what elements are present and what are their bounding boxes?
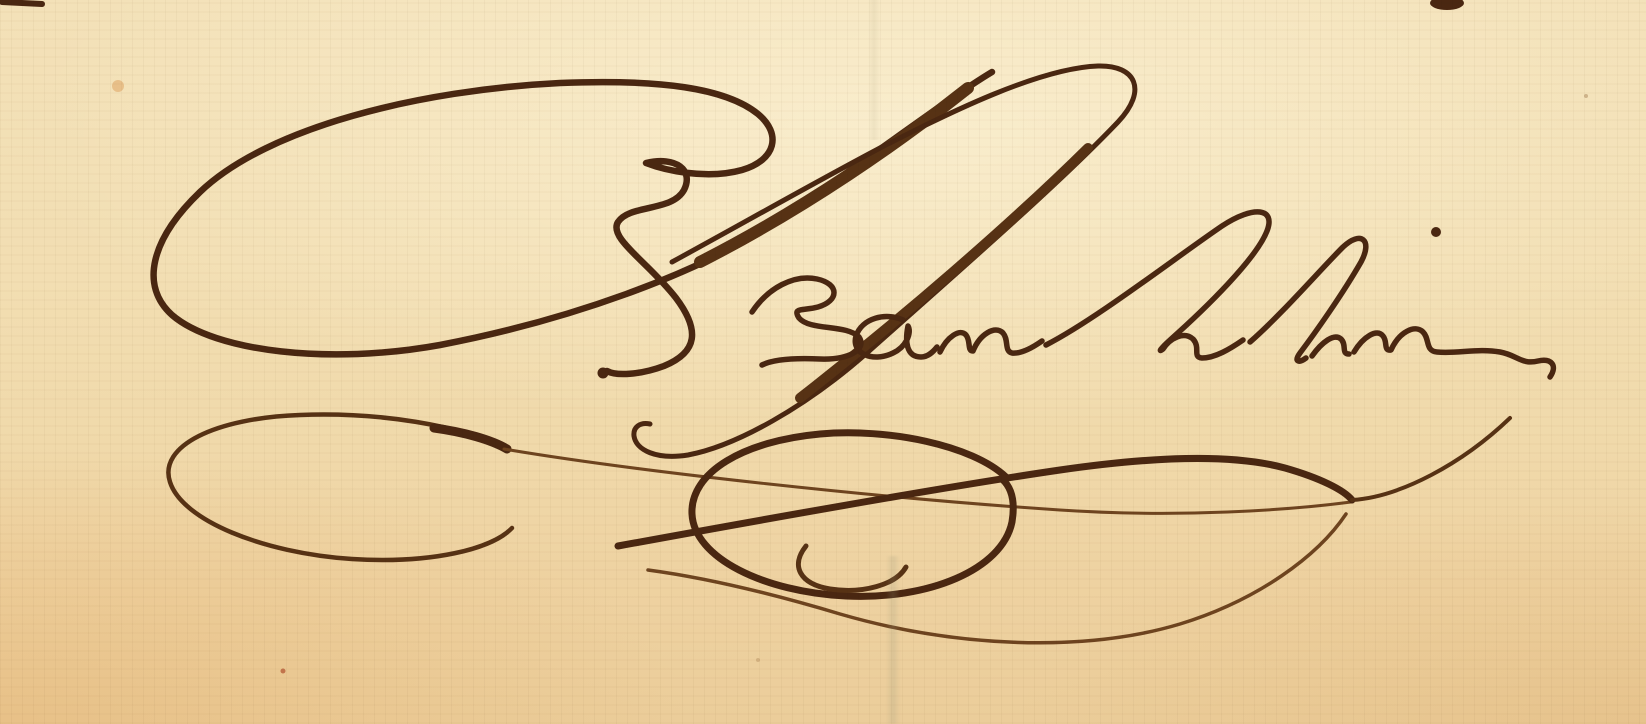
red-fleck xyxy=(281,669,286,674)
ink-specks xyxy=(2,0,1588,674)
signature-scan: B Franklin xyxy=(0,0,1646,724)
flourish-center-circle-path xyxy=(692,433,1013,597)
i-dot xyxy=(1431,227,1441,237)
flourish-inner-curl-path xyxy=(798,546,906,590)
small-speck-right xyxy=(1584,94,1588,98)
small-speck-mid xyxy=(756,658,760,662)
signature-svg: B Franklin xyxy=(0,0,1646,724)
underline-flourish xyxy=(168,415,1510,643)
flourish-right-flick-path xyxy=(1352,418,1510,500)
letters-klin-path xyxy=(1046,212,1553,377)
flourish-left-oval-heavy-path xyxy=(434,428,507,449)
capital-b-stroke xyxy=(154,72,992,379)
surname-letters xyxy=(752,212,1553,377)
b-terminal-dot xyxy=(598,368,609,379)
corner-sliver-mark xyxy=(2,2,42,4)
b-leadin-oval-path xyxy=(154,72,992,374)
top-edge-speck xyxy=(1430,0,1464,10)
flourish-rising-diagonal-path xyxy=(618,458,1352,546)
orange-fleck xyxy=(112,80,124,92)
